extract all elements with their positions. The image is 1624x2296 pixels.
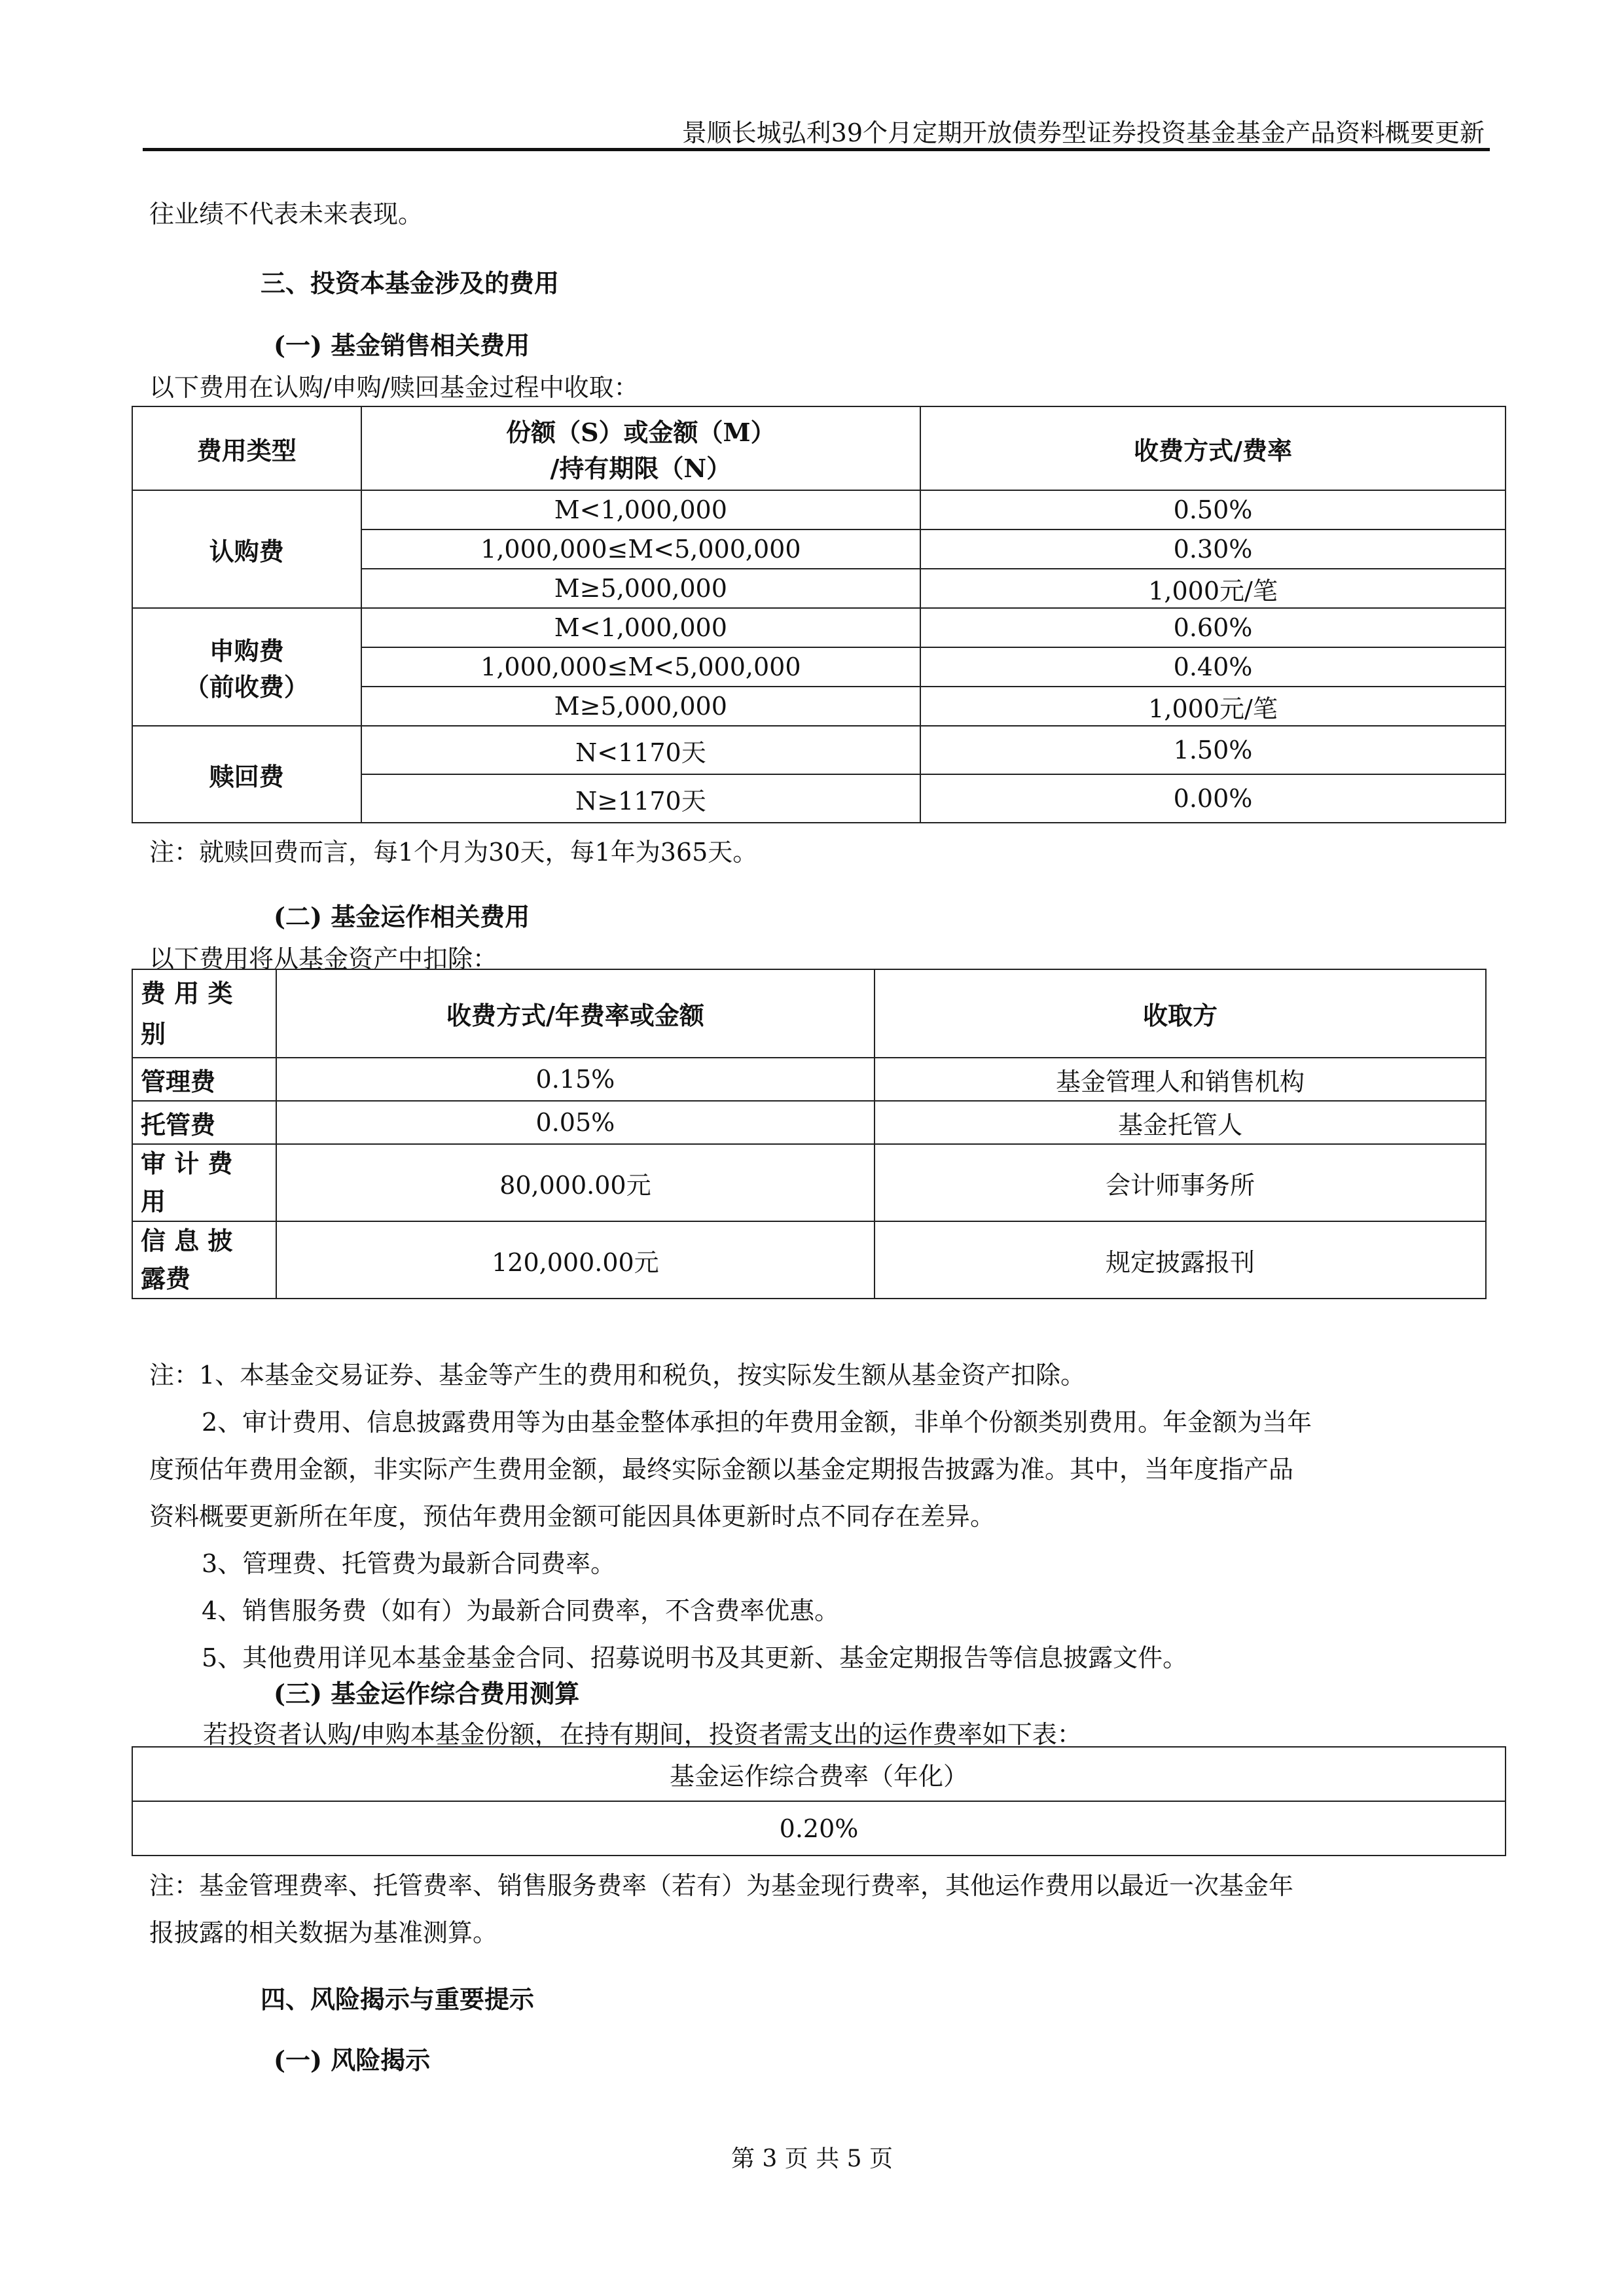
note-line: 资料概要更新所在年度，预估年费用金额可能因具体更新时点不同存在差异。	[149, 1493, 1491, 1540]
rate-cell: 0.30%	[920, 529, 1506, 569]
header-payee: 收取方	[875, 969, 1486, 1058]
header-fee-type: 费用类型	[132, 406, 361, 490]
sub-1-lead: 以下费用在认购/申购/赎回基金过程中收取：	[149, 373, 639, 403]
rate-cell: 0.60%	[920, 608, 1506, 647]
amount-cell: 0.15%	[276, 1058, 875, 1101]
sub-3-title: (三) 基金运作综合费用测算	[274, 1679, 579, 1709]
range-cell: M≥5,000,000	[361, 569, 920, 608]
note-line: 5、其他费用详见本基金基金合同、招募说明书及其更新、基金定期报告等信息披露文件。	[149, 1634, 1491, 1681]
fee-type-line2: （前收费）	[133, 667, 361, 703]
note-line: 报披露的相关数据为基准测算。	[149, 1909, 1293, 1956]
composite-rate-header: 基金运作综合费率（年化）	[132, 1747, 1506, 1801]
sub-3-lead: 若投资者认购/申购本基金份额，在持有期间，投资者需支出的运作费率如下表：	[203, 1720, 1082, 1750]
section-4-title: 四、风险揭示与重要提示	[261, 1984, 534, 2015]
composite-fee-table: 基金运作综合费率（年化） 0.20%	[132, 1746, 1506, 1856]
table-header-row: 基金运作综合费率（年化）	[132, 1747, 1506, 1801]
sub-2-notes: 注：1、本基金交易证券、基金等产生的费用和税负，按实际发生额从基金资产扣除。 2…	[149, 1352, 1491, 1681]
payee-cell: 会计师事务所	[875, 1144, 1486, 1221]
header-title: 景顺长城弘利39个月定期开放债券型证券投资基金基金产品资料概要更新	[682, 113, 1485, 149]
sub-1-title: (一) 基金销售相关费用	[274, 331, 530, 361]
rate-cell: 0.50%	[920, 490, 1506, 529]
table-row: 管理费 0.15% 基金管理人和销售机构	[132, 1058, 1486, 1101]
sub-2-title: (二) 基金运作相关费用	[274, 902, 530, 932]
range-cell: 1,000,000≤M<5,000,000	[361, 647, 920, 687]
note-line: 3、管理费、托管费为最新合同费率。	[149, 1540, 1491, 1587]
rate-cell: 1.50%	[920, 726, 1506, 774]
operating-fee-table: 费 用 类 别 收费方式/年费率或金额 收取方 管理费 0.15% 基金管理人和…	[132, 969, 1487, 1299]
table-row: 0.20%	[132, 1801, 1506, 1856]
rate-cell: 1,000元/笔	[920, 569, 1506, 608]
note-line: 4、销售服务费（如有）为最新合同费率，不含费率优惠。	[149, 1587, 1491, 1634]
header-range-line2: /持有期限（N）	[362, 448, 920, 484]
header-divider	[143, 148, 1490, 151]
range-cell: N≥1170天	[361, 774, 920, 823]
composite-rate-value: 0.20%	[132, 1801, 1506, 1856]
header-range: 份额（S）或金额（M） /持有期限（N）	[361, 406, 920, 490]
header-range-line1: 份额（S）或金额（M）	[362, 412, 920, 448]
rate-cell: 1,000元/笔	[920, 687, 1506, 726]
table-row: 申购费 （前收费） M<1,000,000 0.60%	[132, 608, 1506, 647]
rate-cell: 0.40%	[920, 647, 1506, 687]
sub-3-note: 注：基金管理费率、托管费率、销售服务费率（若有）为基金现行费率，其他运作费用以最…	[149, 1862, 1293, 1956]
table-row: 信 息 披 露费 120,000.00元 规定披露报刊	[132, 1221, 1486, 1299]
rate-cell: 0.00%	[920, 774, 1506, 823]
range-cell: M≥5,000,000	[361, 687, 920, 726]
page-number: 第 3 页 共 5 页	[0, 2140, 1624, 2174]
note-line: 度预估年费用金额，非实际产生费用金额，最终实际金额以基金定期报告披露为准。其中，…	[149, 1446, 1491, 1493]
table-header-row: 费 用 类 别 收费方式/年费率或金额 收取方	[132, 969, 1486, 1058]
amount-cell: 80,000.00元	[276, 1144, 875, 1221]
range-cell: 1,000,000≤M<5,000,000	[361, 529, 920, 569]
range-cell: M<1,000,000	[361, 608, 920, 647]
fee-type-cell: 审 计 费 用	[132, 1144, 276, 1221]
table-row: 审 计 费 用 80,000.00元 会计师事务所	[132, 1144, 1486, 1221]
amount-cell: 0.05%	[276, 1101, 875, 1144]
table-row: 赎回费 N<1170天 1.50%	[132, 726, 1506, 774]
range-cell: N<1170天	[361, 726, 920, 774]
fee-type-cell: 认购费	[132, 490, 361, 608]
header-fee-category: 费 用 类 别	[132, 969, 276, 1058]
fee-type-line1: 申购费	[133, 631, 361, 667]
fee-type-cell: 申购费 （前收费）	[132, 608, 361, 726]
amount-cell: 120,000.00元	[276, 1221, 875, 1299]
sales-fee-table: 费用类型 份额（S）或金额（M） /持有期限（N） 收费方式/费率 认购费 M<…	[132, 406, 1506, 823]
header-amount: 收费方式/年费率或金额	[276, 969, 875, 1058]
fee-type-cell: 托管费	[132, 1101, 276, 1144]
payee-cell: 规定披露报刊	[875, 1221, 1486, 1299]
table-row: 托管费 0.05% 基金托管人	[132, 1101, 1486, 1144]
fee-type-line1: 审 计 费	[141, 1145, 276, 1183]
table-row: 认购费 M<1,000,000 0.50%	[132, 490, 1506, 529]
fee-type-cell: 赎回费	[132, 726, 361, 823]
document-page: 景顺长城弘利39个月定期开放债券型证券投资基金基金产品资料概要更新 往业绩不代表…	[0, 0, 1624, 2296]
fee-type-cell: 管理费	[132, 1058, 276, 1101]
header-rate: 收费方式/费率	[920, 406, 1506, 490]
fee-type-line2: 露费	[141, 1260, 276, 1298]
payee-cell: 基金管理人和销售机构	[875, 1058, 1486, 1101]
payee-cell: 基金托管人	[875, 1101, 1486, 1144]
section-3-title: 三、投资本基金涉及的费用	[261, 268, 559, 298]
note-line: 注：基金管理费率、托管费率、销售服务费率（若有）为基金现行费率，其他运作费用以最…	[149, 1862, 1293, 1909]
note-line: 注：1、本基金交易证券、基金等产生的费用和税负，按实际发生额从基金资产扣除。	[149, 1352, 1491, 1399]
fee-type-line1: 信 息 披	[141, 1222, 276, 1260]
fee-type-cell: 信 息 披 露费	[132, 1221, 276, 1299]
table-header-row: 费用类型 份额（S）或金额（M） /持有期限（N） 收费方式/费率	[132, 406, 1506, 490]
header-line1: 费 用 类	[141, 973, 276, 1014]
sub-1-note: 注：就赎回费而言，每1个月为30天，每1年为365天。	[149, 838, 757, 868]
fee-type-line2: 用	[141, 1183, 276, 1221]
section-4-sub-1-title: (一) 风险揭示	[274, 2045, 430, 2075]
intro-line: 往业绩不代表未来表现。	[149, 200, 423, 230]
header-line2: 别	[141, 1014, 276, 1054]
note-line: 2、审计费用、信息披露费用等为由基金整体承担的年费用金额，非单个份额类别费用。年…	[149, 1399, 1491, 1446]
range-cell: M<1,000,000	[361, 490, 920, 529]
